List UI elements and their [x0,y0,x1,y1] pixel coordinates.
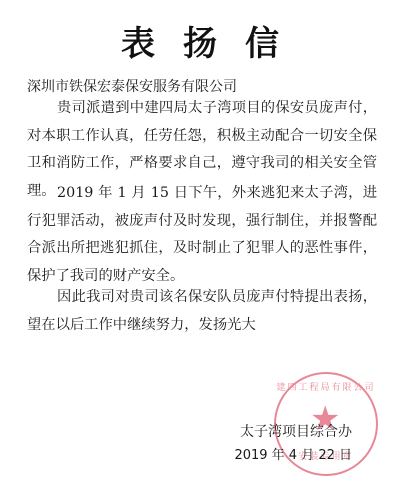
letter-title: 表扬信 [0,16,400,65]
signature-organization: 太子湾项目综合办 [240,421,352,441]
seal-top-text: 建四工程局有限公司 [276,380,376,393]
paragraph-2: 2019 年 1 月 15 日下午，外来逃犯来太子湾，进行犯罪活动，被庞声付及时… [27,180,377,290]
signature-date: 2019 年 4 月 22 日 [234,444,352,463]
paragraph-3: 因此我司对贵司该名保安队员庞声付特提出表扬，望在以后工作中继续努力，发扬光大 [27,284,377,339]
recipient: 深圳市铁保宏泰保安服务有限公司 [27,76,237,96]
